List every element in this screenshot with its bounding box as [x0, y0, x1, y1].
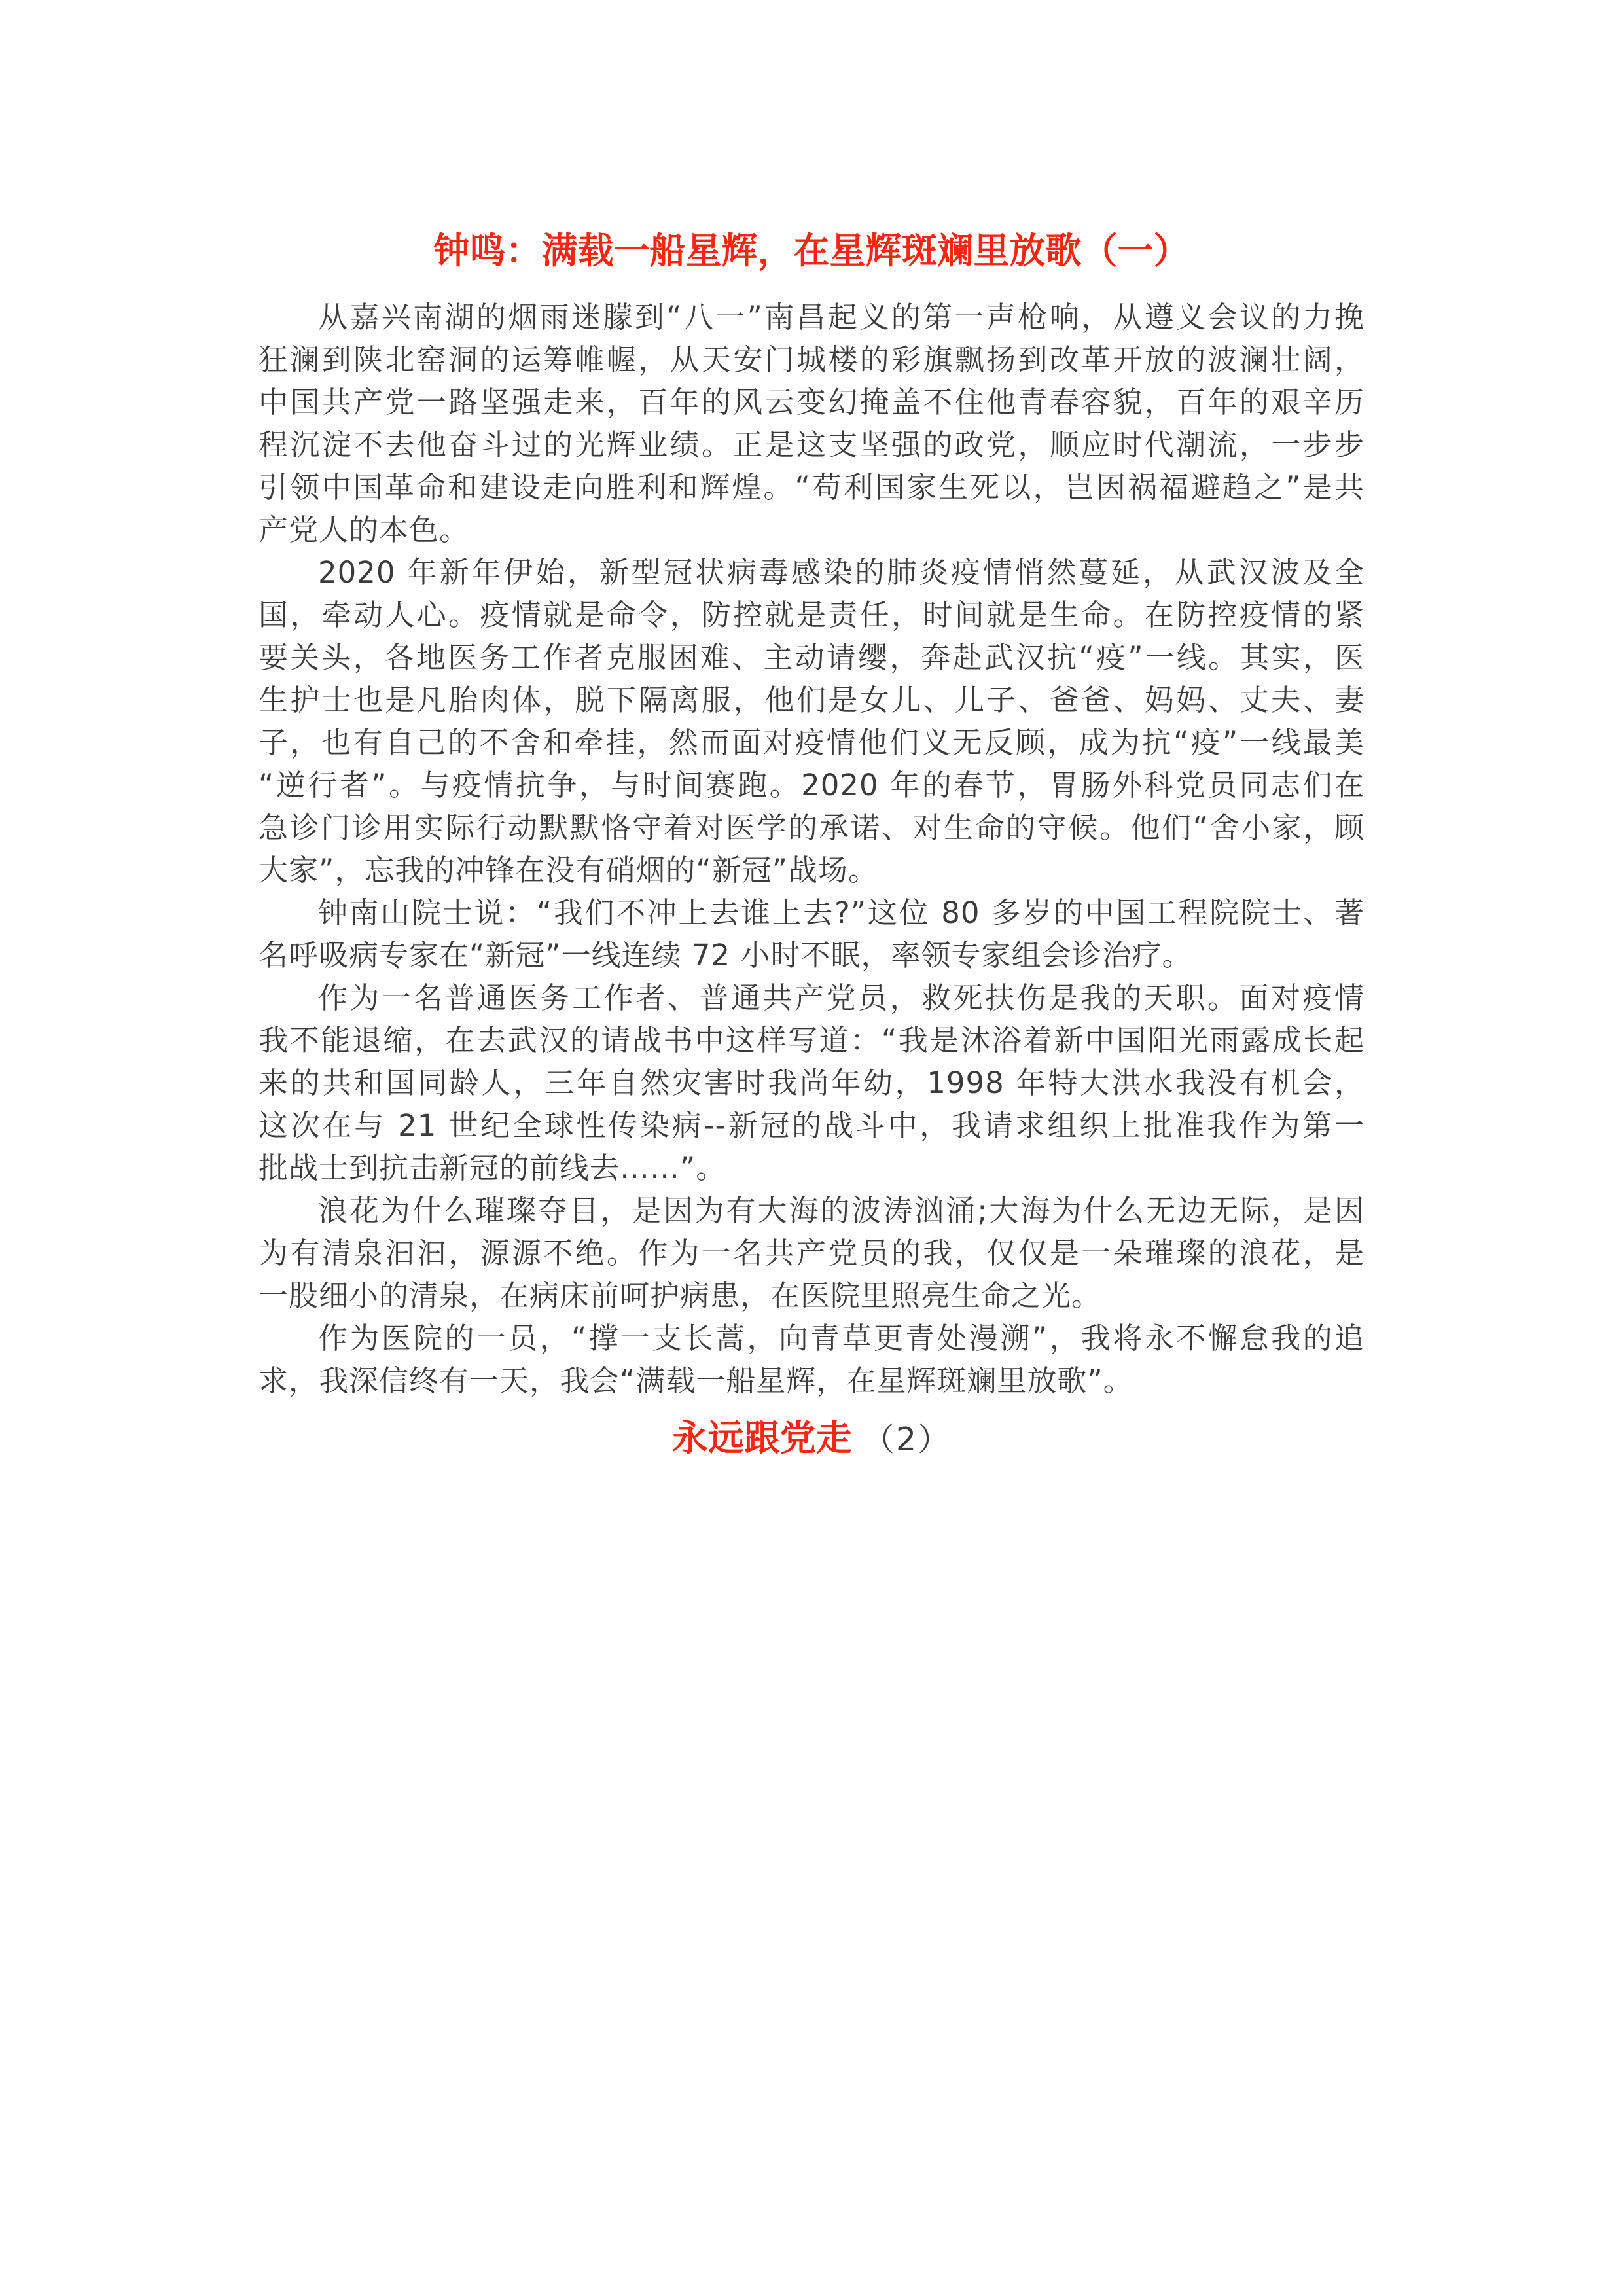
text-line: 要关头，各地医务工作者克服困难、主动请缨，奔赴武汉抗“疫”一线。其实，医: [259, 636, 1364, 679]
text-line: 批战士到抗击新冠的前线去……”。: [259, 1147, 1364, 1189]
text-line: 子，也有自己的不舍和牵挂，然而面对疫情他们义无反顾，成为抗“疫”一线最美: [259, 721, 1364, 764]
text-line: 生护士也是凡胎肉体，脱下隔离服，他们是女儿、儿子、爸爸、妈妈、丈夫、妻: [259, 679, 1364, 721]
document-body: 从嘉兴南湖的烟雨迷朦到“八一”南昌起义的第一声枪响，从遵义会议的力挽狂澜到陕北窑…: [259, 296, 1364, 1402]
text-line: 一股细小的清泉，在病床前呵护病患，在医院里照亮生命之光。: [259, 1274, 1364, 1317]
document-page: 钟鸣：满载一船星辉，在星辉斑斓里放歌（一） 从嘉兴南湖的烟雨迷朦到“八一”南昌起…: [0, 0, 1623, 2296]
text-line: 国，牵动人心。疫情就是命令，防控就是责任，时间就是生命。在防控疫情的紧: [259, 594, 1364, 636]
text-line: 来的共和国同龄人，三年自然灾害时我尚年幼，1998 年特大洪水我没有机会，: [259, 1062, 1364, 1104]
text-line: 这次在与 21 世纪全球性传染病--新冠的战斗中，我请求组织上批准我作为第一: [259, 1104, 1364, 1147]
text-line: 中国共产党一路坚强走来，百年的风云变幻掩盖不住他青春容貌，百年的艰辛历: [259, 381, 1364, 423]
text-line: 大家”，忘我的冲锋在没有硝烟的“新冠”战场。: [259, 849, 1364, 891]
page-title: 钟鸣：满载一船星辉，在星辉斑斓里放歌（一）: [0, 226, 1623, 275]
text-line: 狂澜到陕北窑洞的运筹帷幄，从天安门城楼的彩旗飘扬到改革开放的波澜壮阔，: [259, 338, 1364, 381]
text-line: 作为医院的一员，“撑一支长蒿，向青草更青处漫溯”，我将永不懈怠我的追: [259, 1317, 1364, 1359]
section-heading-text: 永远跟党走: [672, 1417, 852, 1459]
section-heading: 永远跟党走（2）: [0, 1414, 1623, 1464]
text-line: 求，我深信终有一天，我会“满载一船星辉，在星辉斑斓里放歌”。: [259, 1359, 1364, 1402]
text-line: 作为一名普通医务工作者、普通共产党员，救死扶伤是我的天职。面对疫情: [259, 977, 1364, 1019]
text-line: 钟南山院士说：“我们不冲上去谁上去?”这位 80 多岁的中国工程院院士、著: [259, 891, 1364, 934]
text-line: 产党人的本色。: [259, 509, 1364, 551]
text-line: 急诊门诊用实际行动默默恪守着对医学的承诺、对生命的守候。他们“舍小家，顾: [259, 806, 1364, 849]
section-heading-number: （2）: [863, 1421, 951, 1458]
text-line: 浪花为什么璀璨夺目，是因为有大海的波涛汹涌;大海为什么无边无际，是因: [259, 1189, 1364, 1232]
text-line: 2020 年新年伊始，新型冠状病毒感染的肺炎疫情悄然蔓延，从武汉波及全: [259, 551, 1364, 594]
text-line: “逆行者”。与疫情抗争，与时间赛跑。2020 年的春节，胃肠外科党员同志们在: [259, 764, 1364, 806]
text-line: 名呼吸病专家在“新冠”一线连续 72 小时不眠，率领专家组会诊治疗。: [259, 934, 1364, 977]
text-line: 引领中国革命和建设走向胜利和辉煌。“苟利国家生死以，岂因祸福避趋之”是共: [259, 466, 1364, 509]
text-line: 为有清泉汩汩，源源不绝。作为一名共产党员的我，仅仅是一朵璀璨的浪花，是: [259, 1232, 1364, 1274]
text-line: 从嘉兴南湖的烟雨迷朦到“八一”南昌起义的第一声枪响，从遵义会议的力挽: [259, 296, 1364, 338]
text-line: 我不能退缩，在去武汉的请战书中这样写道：“我是沐浴着新中国阳光雨露成长起: [259, 1019, 1364, 1062]
text-line: 程沉淀不去他奋斗过的光辉业绩。正是这支坚强的政党，顺应时代潮流，一步步: [259, 423, 1364, 466]
